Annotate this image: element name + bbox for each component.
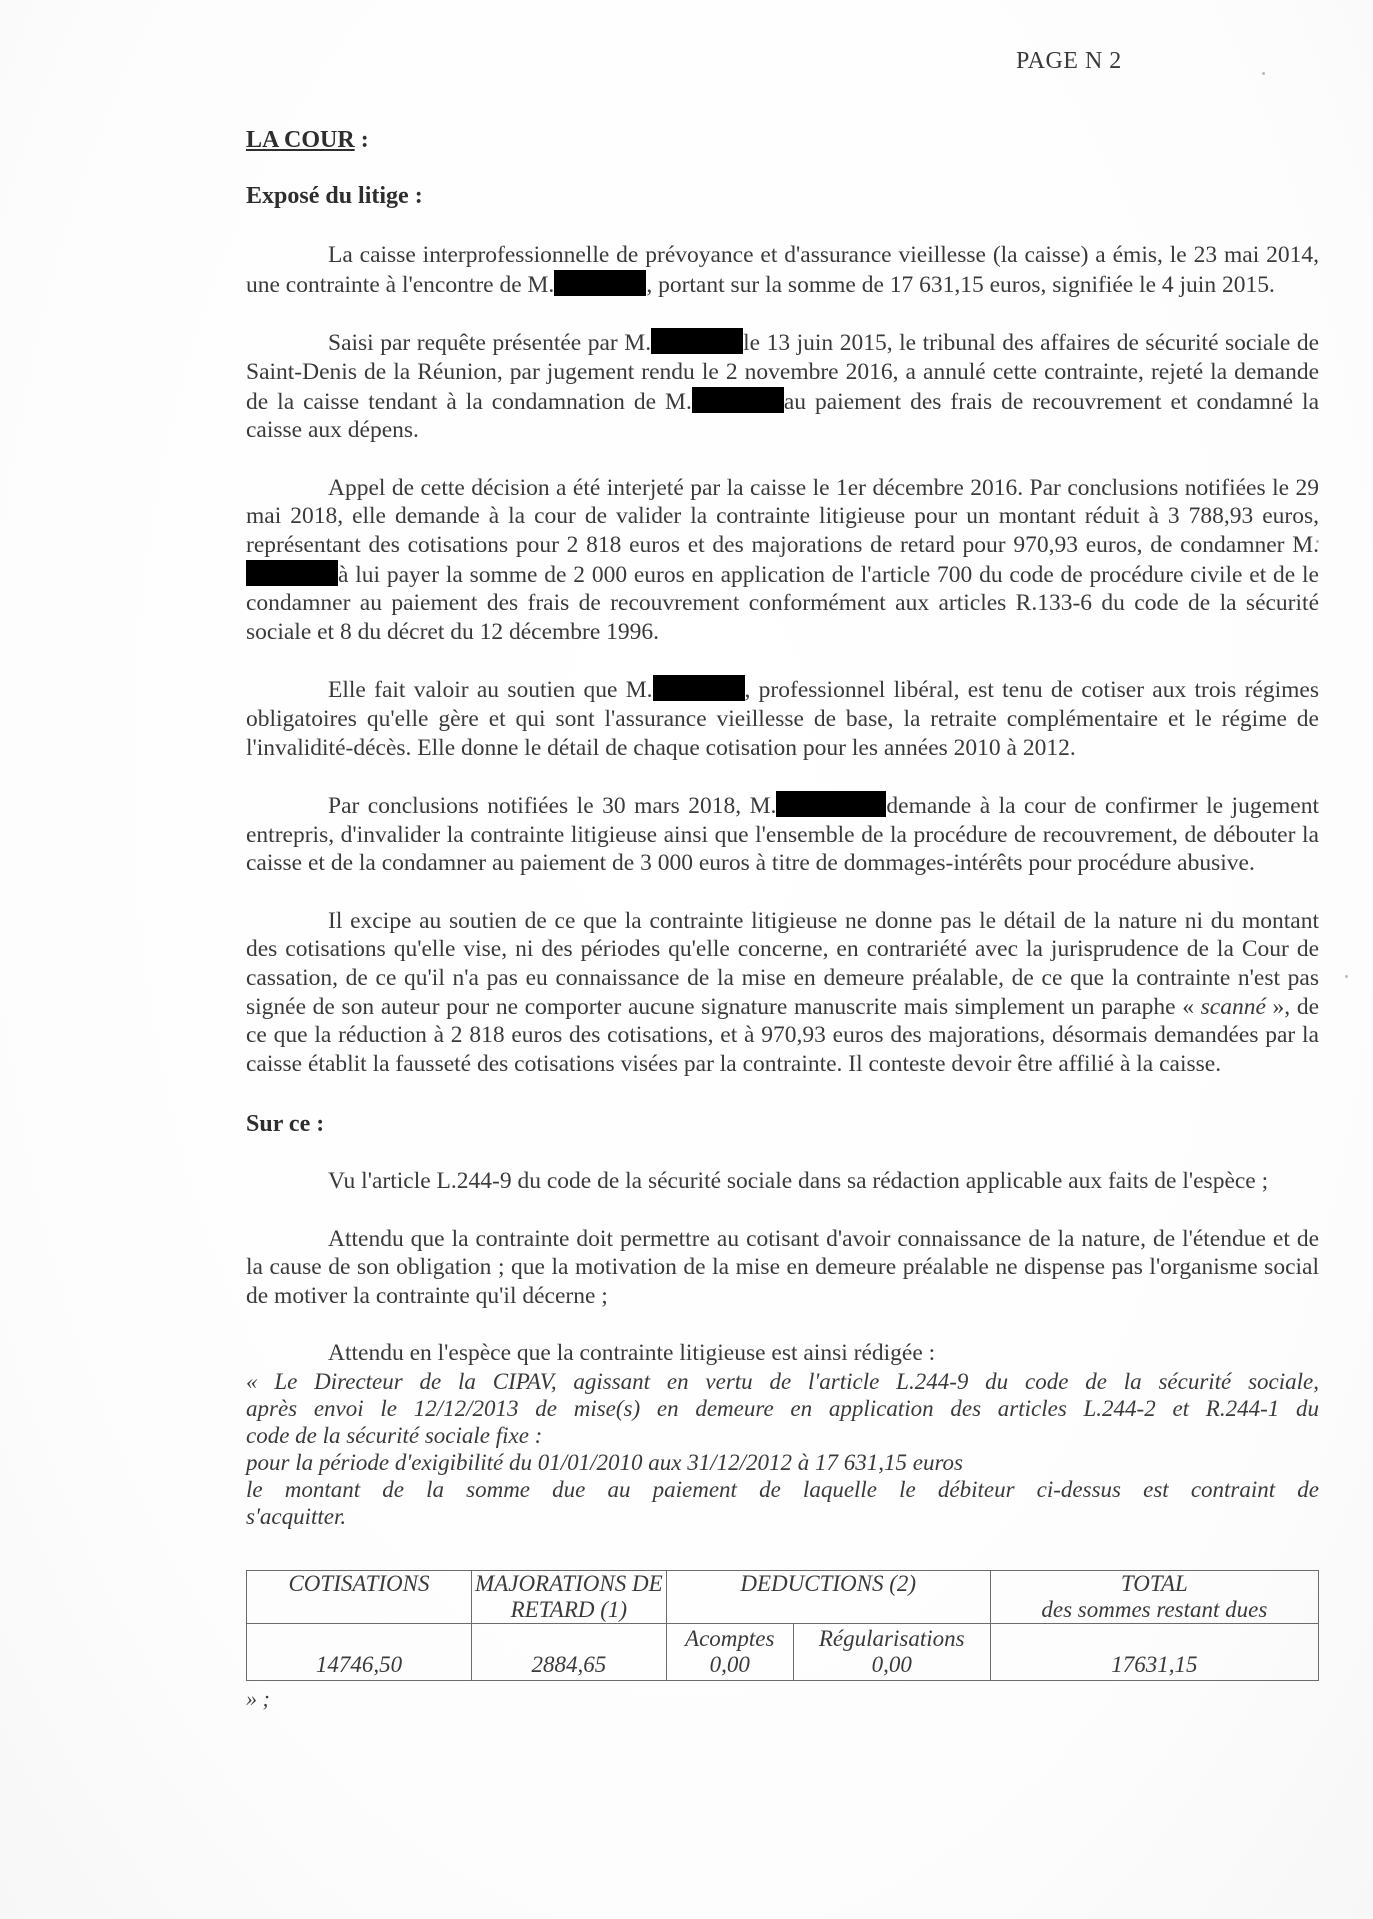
quote-line: code de la sécurité sociale fixe : — [246, 1422, 1319, 1449]
paragraph-tribunal-ruling: Saisi par requête présentée par M.le 13 … — [246, 328, 1319, 444]
redacted-name — [246, 560, 338, 586]
cell-cotisations: 14746,50 — [247, 1624, 472, 1681]
paragraph-text: Il excipe au soutien de ce que la contra… — [246, 908, 1319, 1020]
header-total: TOTAL des sommes restant dues — [990, 1571, 1318, 1624]
quote-line: s'acquitter. — [246, 1503, 1319, 1530]
scan-speck — [1345, 975, 1348, 978]
redacted-name — [653, 675, 745, 701]
quote-intro: Attendu en l'espèce que la contrainte li… — [246, 1339, 1319, 1368]
quote-line: le montant de la somme due au paiement d… — [246, 1476, 1319, 1503]
paragraph-italic-term: scanné — [1201, 994, 1266, 1020]
judgment-body: LA COUR : Exposé du litige : La caisse i… — [246, 126, 1319, 1714]
quote-text: « Le Directeur de la CIPAV, agissant en … — [246, 1368, 1319, 1530]
paragraph-appeal: Appel de cette décision a été interjeté … — [246, 474, 1319, 647]
heading-la-cour: LA COUR : — [246, 126, 1319, 155]
redacted-name — [692, 387, 784, 413]
paragraph-text: Par conclusions notifiées le 30 mars 201… — [328, 793, 776, 819]
cell-majorations: 2884,65 — [471, 1624, 666, 1681]
header-total-line: TOTAL — [993, 1571, 1316, 1597]
header-total-line: des sommes restant dues — [993, 1597, 1316, 1623]
redacted-name — [554, 270, 646, 296]
table-header-row: COTISATIONS MAJORATIONS DE RETARD (1) DE… — [247, 1571, 1319, 1624]
header-majorations-line: RETARD (1) — [474, 1597, 664, 1623]
heading-sur-ce: Sur ce : — [246, 1110, 1319, 1139]
header-majorations-line: MAJORATIONS DE — [474, 1571, 664, 1597]
page-number: PAGE N 2 — [1016, 48, 1122, 75]
subheader-regularisations: Régularisations — [796, 1626, 988, 1652]
paragraph-text: Saisi par requête présentée par M. — [328, 330, 651, 356]
paragraph-contrainte-requirements: Attendu que la contrainte doit permettre… — [246, 1225, 1319, 1311]
quote-line: après envoi le 12/12/2013 de mise(s) en … — [246, 1395, 1319, 1422]
paragraph-caisse-arguments: Elle fait valoir au soutien que M., prof… — [246, 675, 1319, 762]
paragraph-respondent-conclusions: Par conclusions notifiées le 30 mars 201… — [246, 791, 1319, 878]
subheader-acomptes: Acomptes — [669, 1626, 791, 1652]
cell-total: 17631,15 — [990, 1624, 1318, 1681]
table-row: 14746,50 2884,65 Acomptes 0,00 Régularis… — [247, 1624, 1319, 1681]
quote-line: « Le Directeur de la CIPAV, agissant en … — [246, 1368, 1319, 1395]
redacted-name — [651, 328, 743, 354]
cell-regularisations: Régularisations 0,00 — [793, 1624, 990, 1681]
paragraph-text: Elle fait valoir au soutien que M. — [328, 677, 653, 703]
paragraph-respondent-arguments: Il excipe au soutien de ce que la contra… — [246, 907, 1319, 1079]
heading-la-cour-colon: : — [355, 127, 369, 153]
paragraph-legal-basis: Vu l'article L.244-9 du code de la sécur… — [246, 1167, 1319, 1196]
cell-acomptes: Acomptes 0,00 — [666, 1624, 793, 1681]
contrainte-amounts-table: COTISATIONS MAJORATIONS DE RETARD (1) DE… — [246, 1570, 1319, 1681]
scanned-page: PAGE N 2 LA COUR : Exposé du litige : La… — [0, 0, 1373, 1919]
value-regularisations: 0,00 — [796, 1652, 988, 1678]
quote-line: pour la période d'exigibilité du 01/01/2… — [246, 1449, 1319, 1476]
paragraph-contrainte-issued: La caisse interprofessionnelle de prévoy… — [246, 241, 1319, 299]
paragraph-text: Appel de cette décision a été interjeté … — [246, 475, 1319, 558]
paragraph-text: à lui payer la somme de 2 000 euros en a… — [246, 562, 1319, 645]
redacted-name — [776, 791, 886, 817]
value-acomptes: 0,00 — [669, 1652, 791, 1678]
header-cotisations: COTISATIONS — [247, 1571, 472, 1624]
heading-expose-du-litige: Exposé du litige : — [246, 182, 1319, 211]
header-majorations: MAJORATIONS DE RETARD (1) — [471, 1571, 666, 1624]
scan-speck — [1262, 72, 1265, 75]
paragraph-text: , portant sur la somme de 17 631,15 euro… — [646, 272, 1275, 298]
quote-close: » ; — [246, 1685, 1319, 1714]
heading-la-cour-label: LA COUR — [246, 127, 355, 153]
header-deductions: DEDUCTIONS (2) — [666, 1571, 990, 1624]
quoted-contrainte: Attendu en l'espèce que la contrainte li… — [246, 1339, 1319, 1713]
